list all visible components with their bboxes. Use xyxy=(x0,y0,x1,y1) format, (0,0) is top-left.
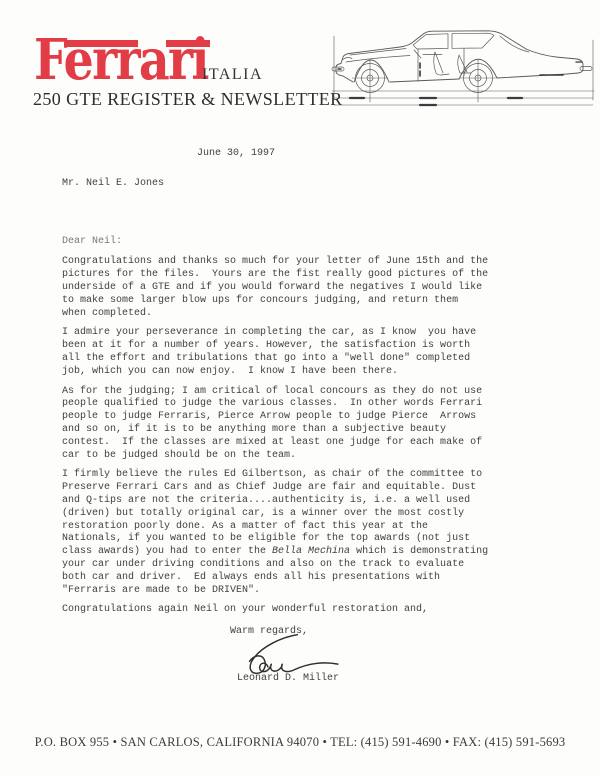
newsletter-title: 250 GTE REGISTER & NEWSLETTER xyxy=(33,89,343,110)
ferrari-logo: Ferrari xyxy=(34,38,214,88)
footer-contact-line: P.O. BOX 955 • SAN CARLOS, CALIFORNIA 94… xyxy=(0,735,600,750)
signature-name: Leonard D. Miller xyxy=(237,673,514,686)
letter-salutation: Dear Neil: xyxy=(62,236,514,249)
letter-recipient: Mr. Neil E. Jones xyxy=(62,178,514,191)
letter-body: June 30, 1997 Mr. Neil E. Jones Dear Nei… xyxy=(62,148,514,686)
letter-paragraph: I admire your perseverance in completing… xyxy=(62,327,514,378)
italic-phrase: Bella Mechina xyxy=(272,546,350,557)
letter-date: June 30, 1997 xyxy=(197,148,514,161)
letter-closing: Warm regards, xyxy=(230,626,514,639)
letter-paragraph: I firmly believe the rules Ed Gilbertson… xyxy=(62,469,514,597)
car-technical-drawing-icon xyxy=(330,24,596,110)
letter-paragraph: Congratulations again Neil on your wonde… xyxy=(62,604,514,617)
logo-region-label: ITALIA xyxy=(202,66,263,84)
letter-paragraph: Congratulations and thanks so much for y… xyxy=(62,256,514,320)
ferrari-logo-bar xyxy=(166,40,210,47)
letter-paragraph: As for the judging; I am critical of loc… xyxy=(62,386,514,463)
paragraph-text: I firmly believe the rules Ed Gilbertson… xyxy=(62,469,482,557)
scanned-letter-page: Ferrari ITALIA 250 GTE REGISTER & NEWSLE… xyxy=(0,0,600,776)
ferrari-logo-bar xyxy=(64,40,138,47)
